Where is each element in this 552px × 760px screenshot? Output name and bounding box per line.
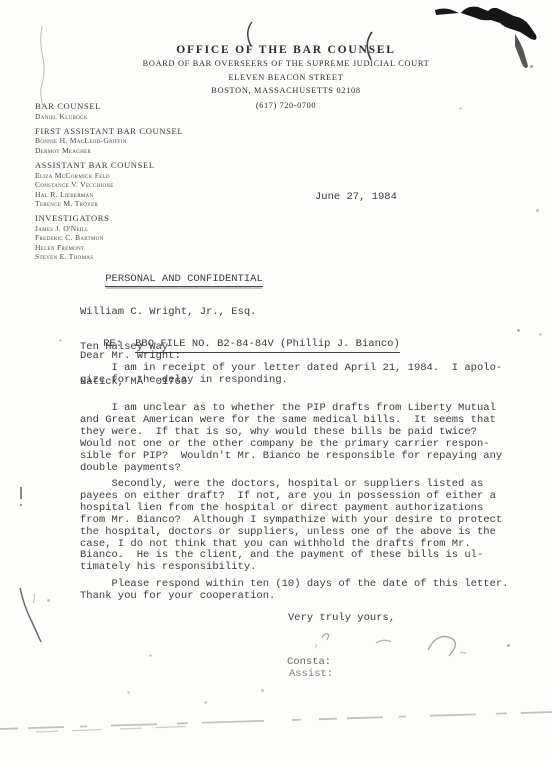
scan-tick-artifact [16, 486, 26, 510]
letterhead-title: OFFICE OF THE BAR COUNSEL [24, 44, 548, 56]
staff-member-name: Eliza McCormick Feld [35, 171, 183, 180]
scan-crease-line [0, 704, 552, 738]
closing-phrase: Very truly yours, [288, 612, 395, 624]
staff-section-heading: INVESTIGATORS [35, 213, 183, 224]
letter-date: June 27, 1984 [315, 191, 397, 203]
staff-member-name: James J. O'Neill [35, 224, 183, 233]
staff-member-name: Daniel Klubock [35, 112, 183, 121]
letterhead-city-line: BOSTON, MASSACHUSETTS 02108 [24, 86, 548, 97]
body-paragraph-3: Secondly, were the doctors, hospital or … [80, 479, 502, 574]
letterhead-org-line: BOARD OF BAR OVERSEERS OF THE SUPREME JU… [24, 59, 548, 70]
recipient-name: William C. Wright, Jr., Esq. [80, 307, 256, 319]
letterhead-street-line: ELEVEN BEACON STREET [24, 73, 548, 84]
staff-section-heading: ASSISTANT BAR COUNSEL [35, 160, 183, 171]
letterhead: OFFICE OF THE BAR COUNSEL BOARD OF BAR O… [24, 44, 548, 110]
scan-fold-artifact [16, 586, 46, 656]
body-paragraph-1: I am in receipt of your letter dated Apr… [80, 363, 502, 387]
body-paragraph-2: I am unclear as to whether the PIP draft… [80, 403, 502, 474]
scan-noise-specks [0, 0, 1, 1]
scanned-letter-page: OFFICE OF THE BAR COUNSEL BOARD OF BAR O… [0, 0, 552, 760]
signer-name-partial: Consta: [287, 656, 331, 668]
signer-title-partial: Assist: [289, 668, 333, 680]
staff-section-heading: FIRST ASSISTANT BAR COUNSEL [35, 126, 183, 137]
staff-member-name: Helen Fremont [35, 243, 183, 252]
staff-member-name: Bonnie H. MacLeod-Griffin [35, 136, 183, 145]
staff-member-name: Terence M. Troyer [35, 199, 183, 208]
body-paragraph-4: Please respond within ten (10) days of t… [80, 579, 508, 603]
staff-section-heading: BAR COUNSEL [35, 101, 183, 112]
staff-member-name: Dermot Meagher [35, 146, 183, 155]
salutation: Dear Mr. Wright: [80, 350, 181, 362]
re-prefix: RE: [103, 338, 122, 350]
staff-member-name: Frederic C. Bartmon [35, 233, 183, 242]
staff-member-name: Hal R. Lieberman [35, 190, 183, 199]
staff-roster: BAR COUNSEL Daniel Klubock FIRST ASSISTA… [35, 101, 183, 261]
staff-member-name: Constance V. Vecchione [35, 180, 183, 189]
